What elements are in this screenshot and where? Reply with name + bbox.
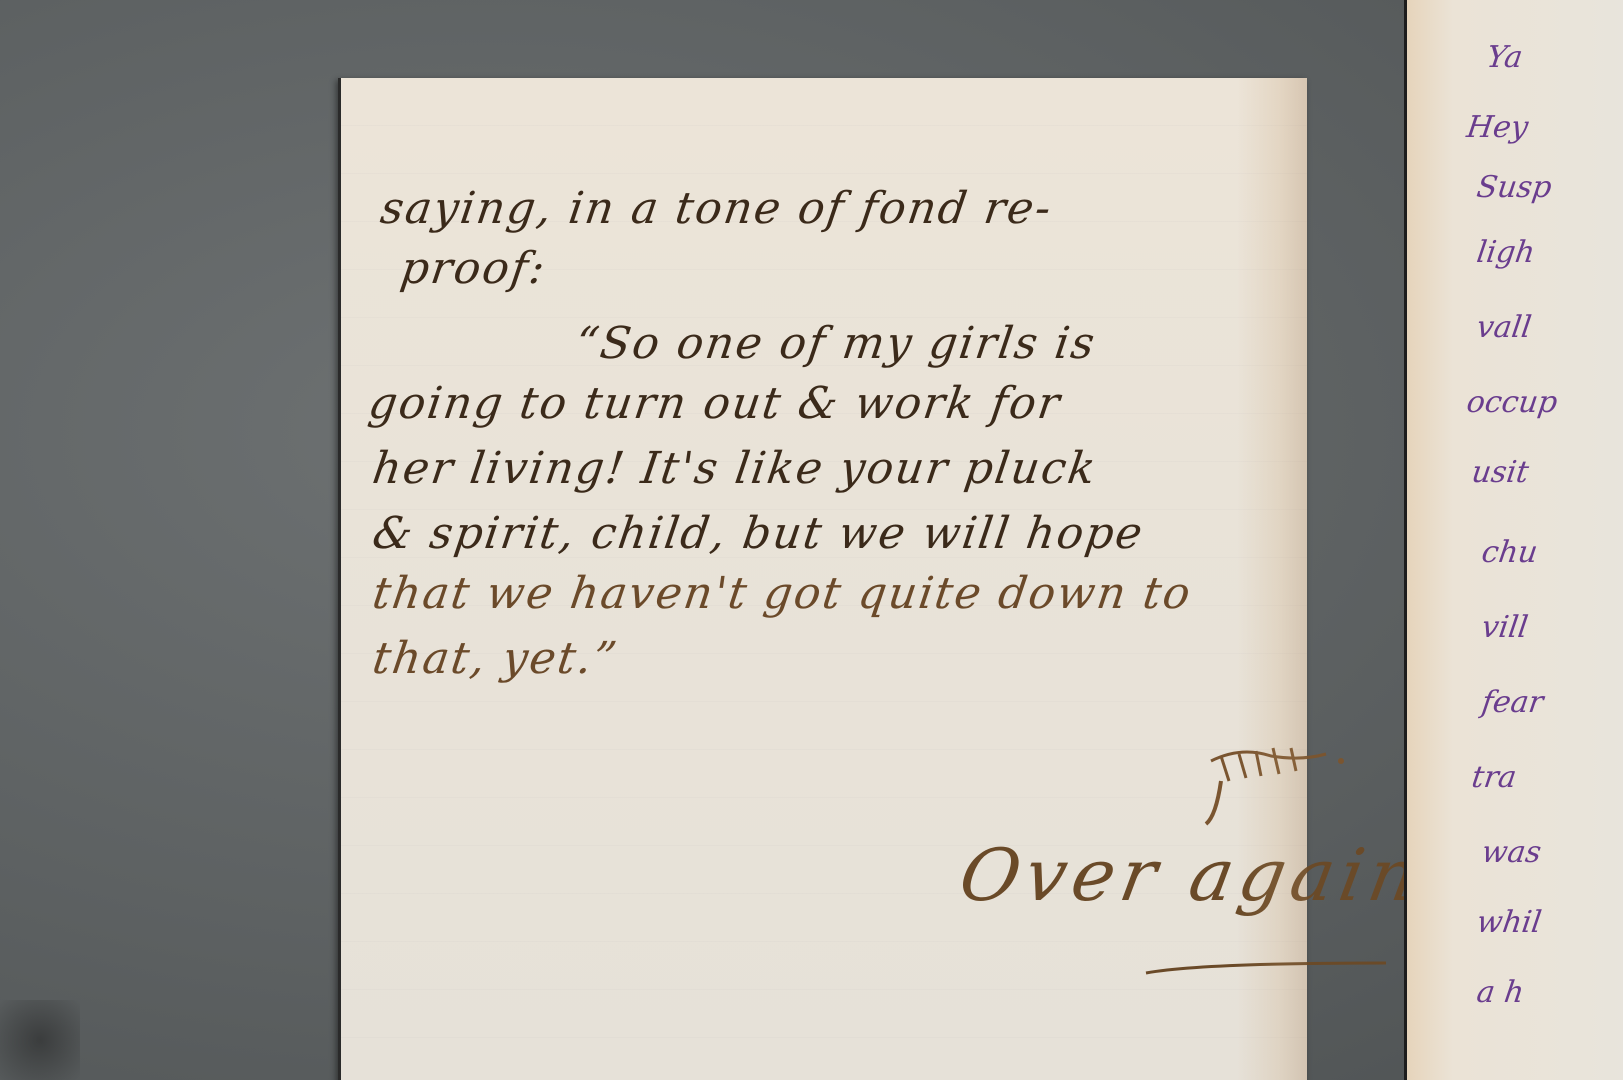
right-line-fragment: a h — [1475, 975, 1527, 1010]
ink-flourish — [1201, 726, 1351, 836]
right-line-fragment: ligh — [1475, 235, 1538, 270]
right-line-fragment: vill — [1480, 610, 1531, 645]
handwritten-letter-page: saying, in a tone of fond re- proof: “So… — [338, 78, 1307, 1080]
right-line-fragment: chu — [1480, 535, 1540, 570]
closing-underline — [1141, 958, 1391, 978]
letter-line-5: her living! It's like your pluck — [369, 443, 1100, 494]
letter-line-8: that, yet.” — [369, 633, 621, 684]
letter-line-1: saying, in a tone of fond re- — [377, 183, 1056, 234]
right-line-fragment: usit — [1470, 455, 1531, 490]
right-line-fragment: was — [1480, 835, 1544, 870]
right-line-fragment: vall — [1475, 310, 1534, 345]
letter-line-6: & spirit, child, but we will hope — [369, 508, 1147, 559]
right-line-fragment: Ya — [1485, 40, 1525, 75]
right-line-fragment: whil — [1475, 905, 1544, 940]
right-line-fragment: tra — [1470, 760, 1519, 795]
adjacent-letter-page: Ya Hey Susp ligh vall occup usit chu vil… — [1404, 0, 1623, 1080]
corner-shadow — [0, 1000, 80, 1080]
right-line-fragment: Hey — [1465, 110, 1531, 145]
right-line-fragment: occup — [1465, 385, 1560, 420]
right-line-fragment: Susp — [1475, 170, 1554, 205]
right-line-fragment: fear — [1480, 685, 1546, 720]
letter-line-2: proof: — [397, 243, 549, 294]
letter-line-7: that we haven't got quite down to — [369, 568, 1195, 619]
letter-line-4: going to turn out & work for — [365, 378, 1064, 429]
letter-line-3: “So one of my girls is — [572, 318, 1099, 369]
closing-title: Over again — [954, 833, 1430, 917]
